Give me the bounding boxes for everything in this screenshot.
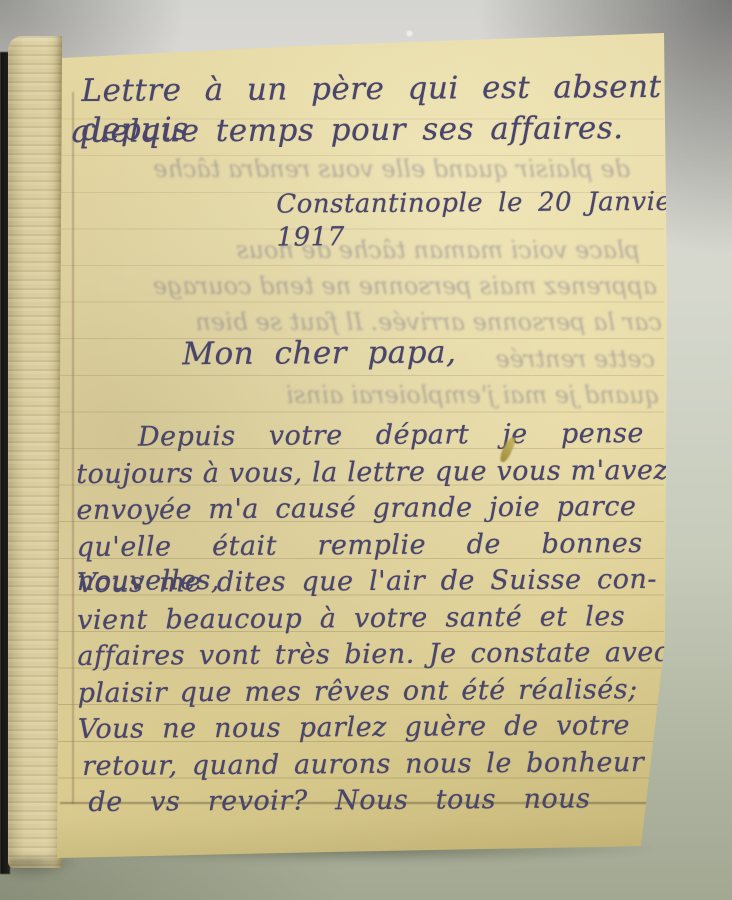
letter-body-line: Depuis votre départ je pense bbox=[138, 417, 644, 454]
dust-speck bbox=[407, 31, 412, 36]
page-edge-stack bbox=[8, 36, 62, 868]
letter-body-line: toujours à vous, la lettre que vous m'av… bbox=[76, 454, 668, 492]
letter-body-line: affaires vont très bien. Je constate ave… bbox=[77, 636, 669, 674]
letter-body-line: Vous ne nous parlez guère de votre bbox=[78, 709, 630, 747]
letter-salutation: Mon cher papa, bbox=[182, 333, 456, 374]
letter-body-line: retour, quand aurons nous le bonheur bbox=[82, 746, 644, 784]
notebook-photo: place voici maman tâche de nous apprenez… bbox=[0, 0, 732, 900]
letter-text: Lettre à un père qui est absent depuis q… bbox=[0, 0, 732, 900]
letter-body-line: vient beaucoup à votre santé et les bbox=[77, 600, 625, 638]
letter-body-line: de vs revoir? Nous tous nous bbox=[88, 782, 590, 819]
letter-dateline: Constantinople le 20 Janvier 1917 bbox=[276, 186, 684, 254]
letter-page: place voici maman tâche de nous apprenez… bbox=[0, 0, 732, 900]
letter-body-line: Vous me dites que l'air de Suisse con- bbox=[77, 563, 657, 601]
letter-body-line: plaisir que mes rêves ont été réalisés; bbox=[78, 673, 638, 711]
letter-body-line: envoyée m'a causé grande joie parce bbox=[76, 490, 636, 528]
letter-title-line-2: quelque temps pour ses affaires. bbox=[70, 109, 624, 152]
